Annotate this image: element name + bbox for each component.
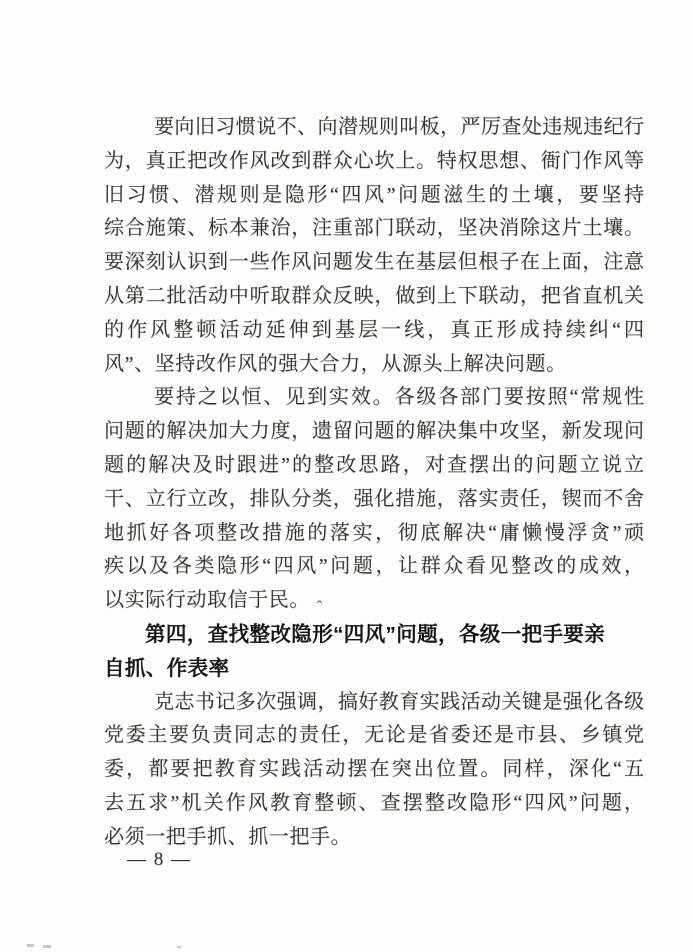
- scan-speck-artifact: [177, 946, 181, 948]
- page-number: — 8 —: [127, 849, 192, 871]
- scan-speck-artifact: [27, 944, 34, 947]
- heading-line: 第四，查找整改隐形“四风”问题，各级一把手要亲: [104, 618, 644, 652]
- text-line: 克志书记多次强调，搞好教育实践活动关键是强化各级: [104, 686, 644, 720]
- scan-speck-artifact: [43, 945, 51, 948]
- text-line: 要深刻认识到一些作风问题发生在基层但根子在上面，注意: [104, 246, 644, 280]
- text-line: 地抓好各项整改措施的落实，彻底解决“庸懒慢浮贪”顽: [104, 517, 644, 551]
- text-line: 干、立行立改，排队分类，强化措施，落实责任，锲而不舍: [104, 483, 644, 517]
- text-line: 旧习惯、潜规则是隐形“四风”问题滋生的土壤，要坚持: [104, 179, 644, 213]
- text-line: 疾以及各类隐形“四风”问题，让群众看见整改的成效，: [104, 550, 644, 584]
- paragraph-1: 要向旧习惯说不、向潜规则叫板，严厉查处违规违纪行 为，真正把改作风改到群众心坎上…: [104, 111, 644, 381]
- heading-line: 自抓、作表率: [104, 652, 644, 686]
- paragraph-3: 克志书记多次强调，搞好教育实践活动关键是强化各级 党委主要负责同志的责任，无论是…: [104, 686, 644, 855]
- text-line: 的作风整顿活动延伸到基层一线，真正形成持续纠“四: [104, 314, 644, 348]
- document-body: 要向旧习惯说不、向潜规则叫板，严厉查处违规违纪行 为，真正把改作风改到群众心坎上…: [104, 111, 644, 855]
- text-line: 去五求”机关作风教育整顿、查摆整改隐形“四风”问题，: [104, 787, 644, 821]
- text-line: 要持之以恒、见到实效。各级各部门要按照“常规性: [104, 381, 644, 415]
- text-line: 问题的解决加大力度，遗留问题的解决集中攻坚，新发现问: [104, 415, 644, 449]
- text-line: 从第二批活动中听取群众反映，做到上下联动，把省直机关: [104, 280, 644, 314]
- text-line: 委，都要把教育实践活动摆在突出位置。同样，深化“五: [104, 753, 644, 787]
- text-line: 以实际行动取信于民。: [104, 584, 644, 618]
- text-line: 题的解决及时跟进”的整改思路，对查摆出的问题立说立: [104, 449, 644, 483]
- text-line: 为，真正把改作风改到群众心坎上。特权思想、衙门作风等: [104, 145, 644, 179]
- paragraph-2: 要持之以恒、见到实效。各级各部门要按照“常规性 问题的解决加大力度，遗留问题的解…: [104, 381, 644, 618]
- text-line: 要向旧习惯说不、向潜规则叫板，严厉查处违规违纪行: [104, 111, 644, 145]
- text-line: 风”、坚持改作风的强大合力，从源头上解决问题。: [104, 348, 644, 382]
- text-line: 党委主要负责同志的责任，无论是省委还是市县、乡镇党: [104, 719, 644, 753]
- text-line: 综合施策、标本兼治，注重部门联动，坚决消除这片土壤。: [104, 212, 644, 246]
- section-heading: 第四，查找整改隐形“四风”问题，各级一把手要亲 自抓、作表率: [104, 618, 644, 686]
- scanned-document-page: 要向旧习惯说不、向潜规则叫板，严厉查处违规违纪行 为，真正把改作风改到群众心坎上…: [0, 0, 693, 952]
